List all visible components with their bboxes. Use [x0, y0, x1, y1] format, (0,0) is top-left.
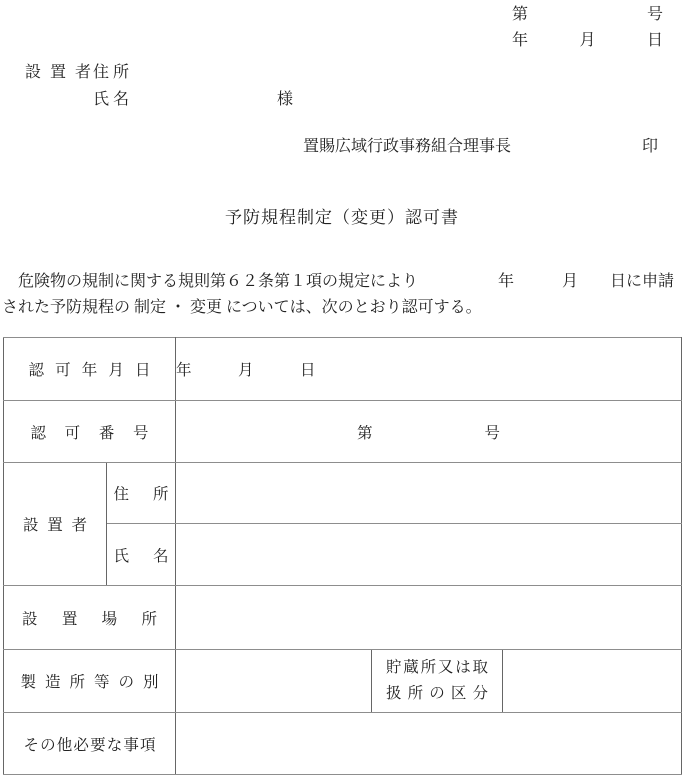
location-row: 設置場所 [4, 586, 682, 650]
approval-date-value: 年 月 日 [176, 362, 316, 379]
installer-name-label-cell: 氏名 [107, 524, 176, 586]
doc-date-year: 年 [512, 28, 528, 54]
address-label: 住所 [93, 59, 133, 86]
approval-date-label-cell: 認可年月日 [4, 338, 176, 401]
installer-address-label-cell: 住所 [107, 463, 176, 524]
doc-date-line: 年 月 日 [512, 28, 663, 54]
doc-number-prefix: 第 [512, 2, 528, 28]
document-page: 第 号 年 月 日 設置者 住所 氏名 様 置賜広域行政事務組合理事長 印 予防… [0, 0, 684, 777]
approval-table: 認可年月日 年 月 日 認可番号 第 号 設置者 住所 [3, 337, 682, 775]
installer-address-row: 設置者 住所 [4, 463, 682, 524]
seal-mark: 印 [642, 137, 658, 156]
installer-table-label: 設置者 [23, 513, 87, 535]
facility-type-label-cell: 製造所等の別 [4, 650, 176, 713]
location-label-cell: 設置場所 [4, 586, 176, 650]
approval-number-value-cell: 第 号 [176, 401, 682, 463]
storage-category-label-line2: 扱所の区分 [386, 681, 488, 707]
facility-type-value-cell [176, 650, 372, 713]
approval-number-suffix: 号 [485, 421, 501, 443]
approval-date-value-cell: 年 月 日 [176, 338, 682, 401]
honorific-label: 様 [277, 86, 293, 113]
name-label: 氏名 [93, 86, 133, 113]
approval-number-row: 認可番号 第 号 [4, 401, 682, 463]
addressee-line-2: 氏名 [25, 86, 133, 113]
facility-type-row: 製造所等の別 貯蔵所又は取 扱所の区分 [4, 650, 682, 713]
installer-address-value-cell [176, 463, 682, 524]
installer-label-cell: 設置者 [4, 463, 107, 586]
approval-number-value: 第 号 [357, 421, 500, 443]
other-items-row: その他必要な事項 [4, 713, 682, 775]
installer-name-label: 氏名 [114, 544, 169, 566]
body-line-1: 危険物の規制に関する規則第６２条第１項の規定により 年 月 日に申請 [2, 269, 684, 295]
storage-category-label-line1: 貯蔵所又は取 [386, 655, 488, 681]
approval-number-prefix: 第 [357, 421, 373, 443]
approval-number-label-cell: 認可番号 [4, 401, 176, 463]
body-line-2: された予防規程の 制定 ・ 変更 については、次のとおり認可する。 [2, 295, 684, 321]
document-title: 予防規程制定（変更）認可書 [0, 203, 684, 228]
other-items-label-cell: その他必要な事項 [4, 713, 176, 775]
installer-address-label: 住所 [114, 482, 169, 504]
approval-date-row: 認可年月日 年 月 日 [4, 338, 682, 401]
issuer-name: 置賜広域行政事務組合理事長 [303, 137, 511, 156]
addressee-line-1: 設置者 住所 [25, 59, 133, 86]
issuer-line: 置賜広域行政事務組合理事長 印 [303, 137, 658, 156]
other-items-value-cell [176, 713, 682, 775]
installer-name-value-cell [176, 524, 682, 586]
approval-date-label: 認可年月日 [29, 358, 151, 380]
facility-type-label: 製造所等の別 [21, 670, 159, 692]
installer-label: 設置者 [25, 59, 91, 86]
location-value-cell [176, 586, 682, 650]
doc-number-block: 第 号 年 月 日 [512, 2, 663, 54]
approval-number-label: 認可番号 [31, 421, 149, 443]
other-items-label: その他必要な事項 [24, 733, 156, 755]
doc-date-month: 月 [579, 28, 595, 54]
doc-number-suffix: 号 [647, 2, 663, 28]
doc-number-line: 第 号 [512, 2, 663, 28]
doc-date-day: 日 [647, 28, 663, 54]
storage-category-label-cell: 貯蔵所又は取 扱所の区分 [372, 650, 503, 713]
location-label: 設置場所 [22, 607, 157, 629]
body-paragraph: 危険物の規制に関する規則第６２条第１項の規定により 年 月 日に申請 された予防… [2, 269, 684, 321]
addressee-block: 設置者 住所 氏名 様 [25, 59, 133, 113]
storage-category-value-cell [503, 650, 682, 713]
